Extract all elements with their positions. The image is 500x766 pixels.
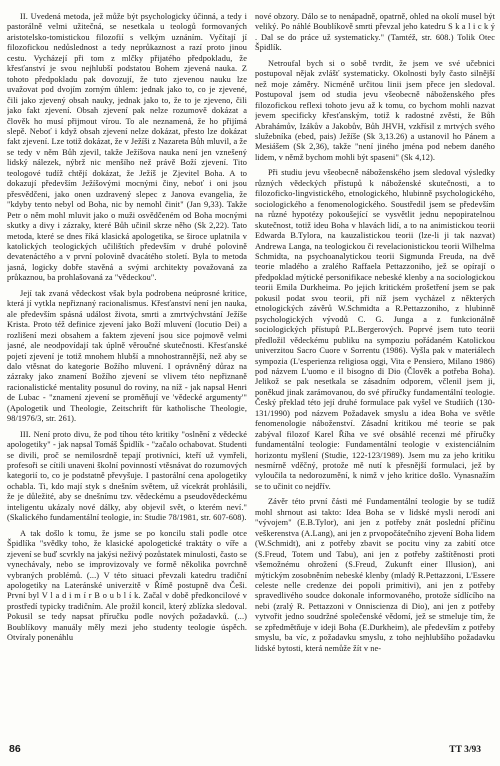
page-footer: 86 TT 3/93 xyxy=(9,743,481,755)
paragraph-right-2: Netroufal bych si o sobě tvrdit, že jsem… xyxy=(255,59,495,164)
paragraph-right-3: Při studiu jevu všeobecně náboženského j… xyxy=(255,168,495,492)
paragraph-right-4: Závěr této první části mé Fundamentální … xyxy=(255,497,495,654)
left-column: II. Uvedená metoda, jež může být psychol… xyxy=(7,12,247,704)
paragraph-left-3: III. Není proto divu, že pod tíhou této … xyxy=(7,430,247,524)
right-column: nové obzory. Dálo se to nenápadně, opatr… xyxy=(255,12,495,704)
page-number: 86 xyxy=(9,743,21,755)
paragraph-left-2: Její tak zvaná vědeckost však byla podro… xyxy=(7,289,247,425)
paragraph-right-1: nové obzory. Dálo se to nenápadně, opatr… xyxy=(255,12,495,54)
paragraph-left-1: II. Uvedená metoda, jež může být psychol… xyxy=(7,12,247,284)
document-page: II. Uvedená metoda, jež může být psychol… xyxy=(0,0,500,766)
text-columns: II. Uvedená metoda, jež může být psychol… xyxy=(7,12,495,704)
paragraph-left-4: A tak došlo k tomu, že jsme se po koncil… xyxy=(7,529,247,644)
journal-issue-label: TT 3/93 xyxy=(449,745,481,755)
